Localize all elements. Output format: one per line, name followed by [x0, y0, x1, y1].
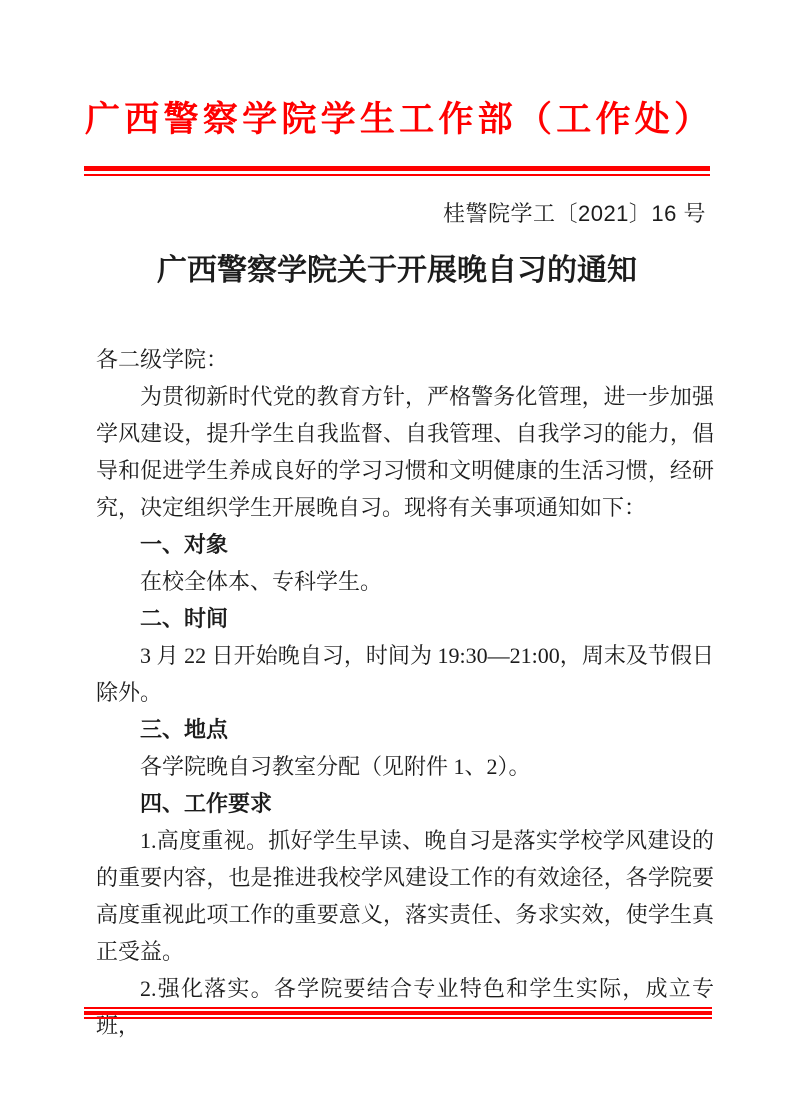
section-heading: 四、工作要求 [96, 785, 714, 822]
org-header-char: 作 [438, 94, 473, 147]
org-header-char: 警 [164, 94, 199, 147]
org-header-char: 学 [242, 94, 277, 147]
rule-thin-bar [84, 1017, 712, 1019]
body-paragraph: 在校全体本、专科学生。 [96, 563, 714, 600]
section-heading: 二、时间 [96, 600, 714, 637]
org-header-char: 作 [595, 94, 630, 147]
section-heading: 一、对象 [96, 526, 714, 563]
org-header-char: 院 [281, 94, 316, 147]
org-header-char: 工 [399, 94, 434, 147]
org-header-char: 广 [85, 94, 120, 147]
paragraph-list: 为贯彻新时代党的教育方针，严格警务化管理，进一步加强学风建设，提升学生自我监督、… [96, 378, 714, 1044]
section-heading: 三、地点 [96, 711, 714, 748]
body-paragraph: 1.高度重视。抓好学生早读、晚自习是落实学校学风建设的的重要内容，也是推进我校学… [96, 822, 714, 970]
org-header-char: 学 [321, 94, 356, 147]
salutation: 各二级学院： [96, 341, 714, 378]
org-header-char: 处 [635, 94, 670, 147]
header-red-rule [84, 166, 710, 176]
org-header-char: 工 [556, 94, 591, 147]
org-header-char: ） [674, 94, 709, 147]
document-number: 桂警院学工〔2021〕16 号 [443, 199, 706, 230]
body-paragraph: 各学院晚自习教室分配（见附件 1、2）。 [96, 748, 714, 785]
org-header-char: 生 [360, 94, 395, 147]
org-header-char: 察 [203, 94, 238, 147]
org-header-title: 广西警察学院学生工作部（工作处） [85, 94, 709, 147]
rule-thin-bar [84, 174, 710, 176]
org-header-char: 部 [478, 94, 513, 147]
notice-title: 广西警察学院关于开展晚自习的通知 [0, 250, 794, 292]
notice-body: 各二级学院： 为贯彻新时代党的教育方针，严格警务化管理，进一步加强学风建设，提升… [96, 341, 714, 1044]
org-header-char: 西 [124, 94, 159, 147]
org-header-char: （ [517, 94, 552, 147]
body-paragraph: 为贯彻新时代党的教育方针，严格警务化管理，进一步加强学风建设，提升学生自我监督、… [96, 378, 714, 526]
footer-red-rule [84, 1007, 712, 1019]
body-paragraph: 3 月 22 日开始晚自习，时间为 19:30—21:00，周末及节假日除外。 [96, 637, 714, 711]
official-notice-page: 广西警察学院学生工作部（工作处） 桂警院学工〔2021〕16 号 广西警察学院关… [0, 0, 794, 1108]
